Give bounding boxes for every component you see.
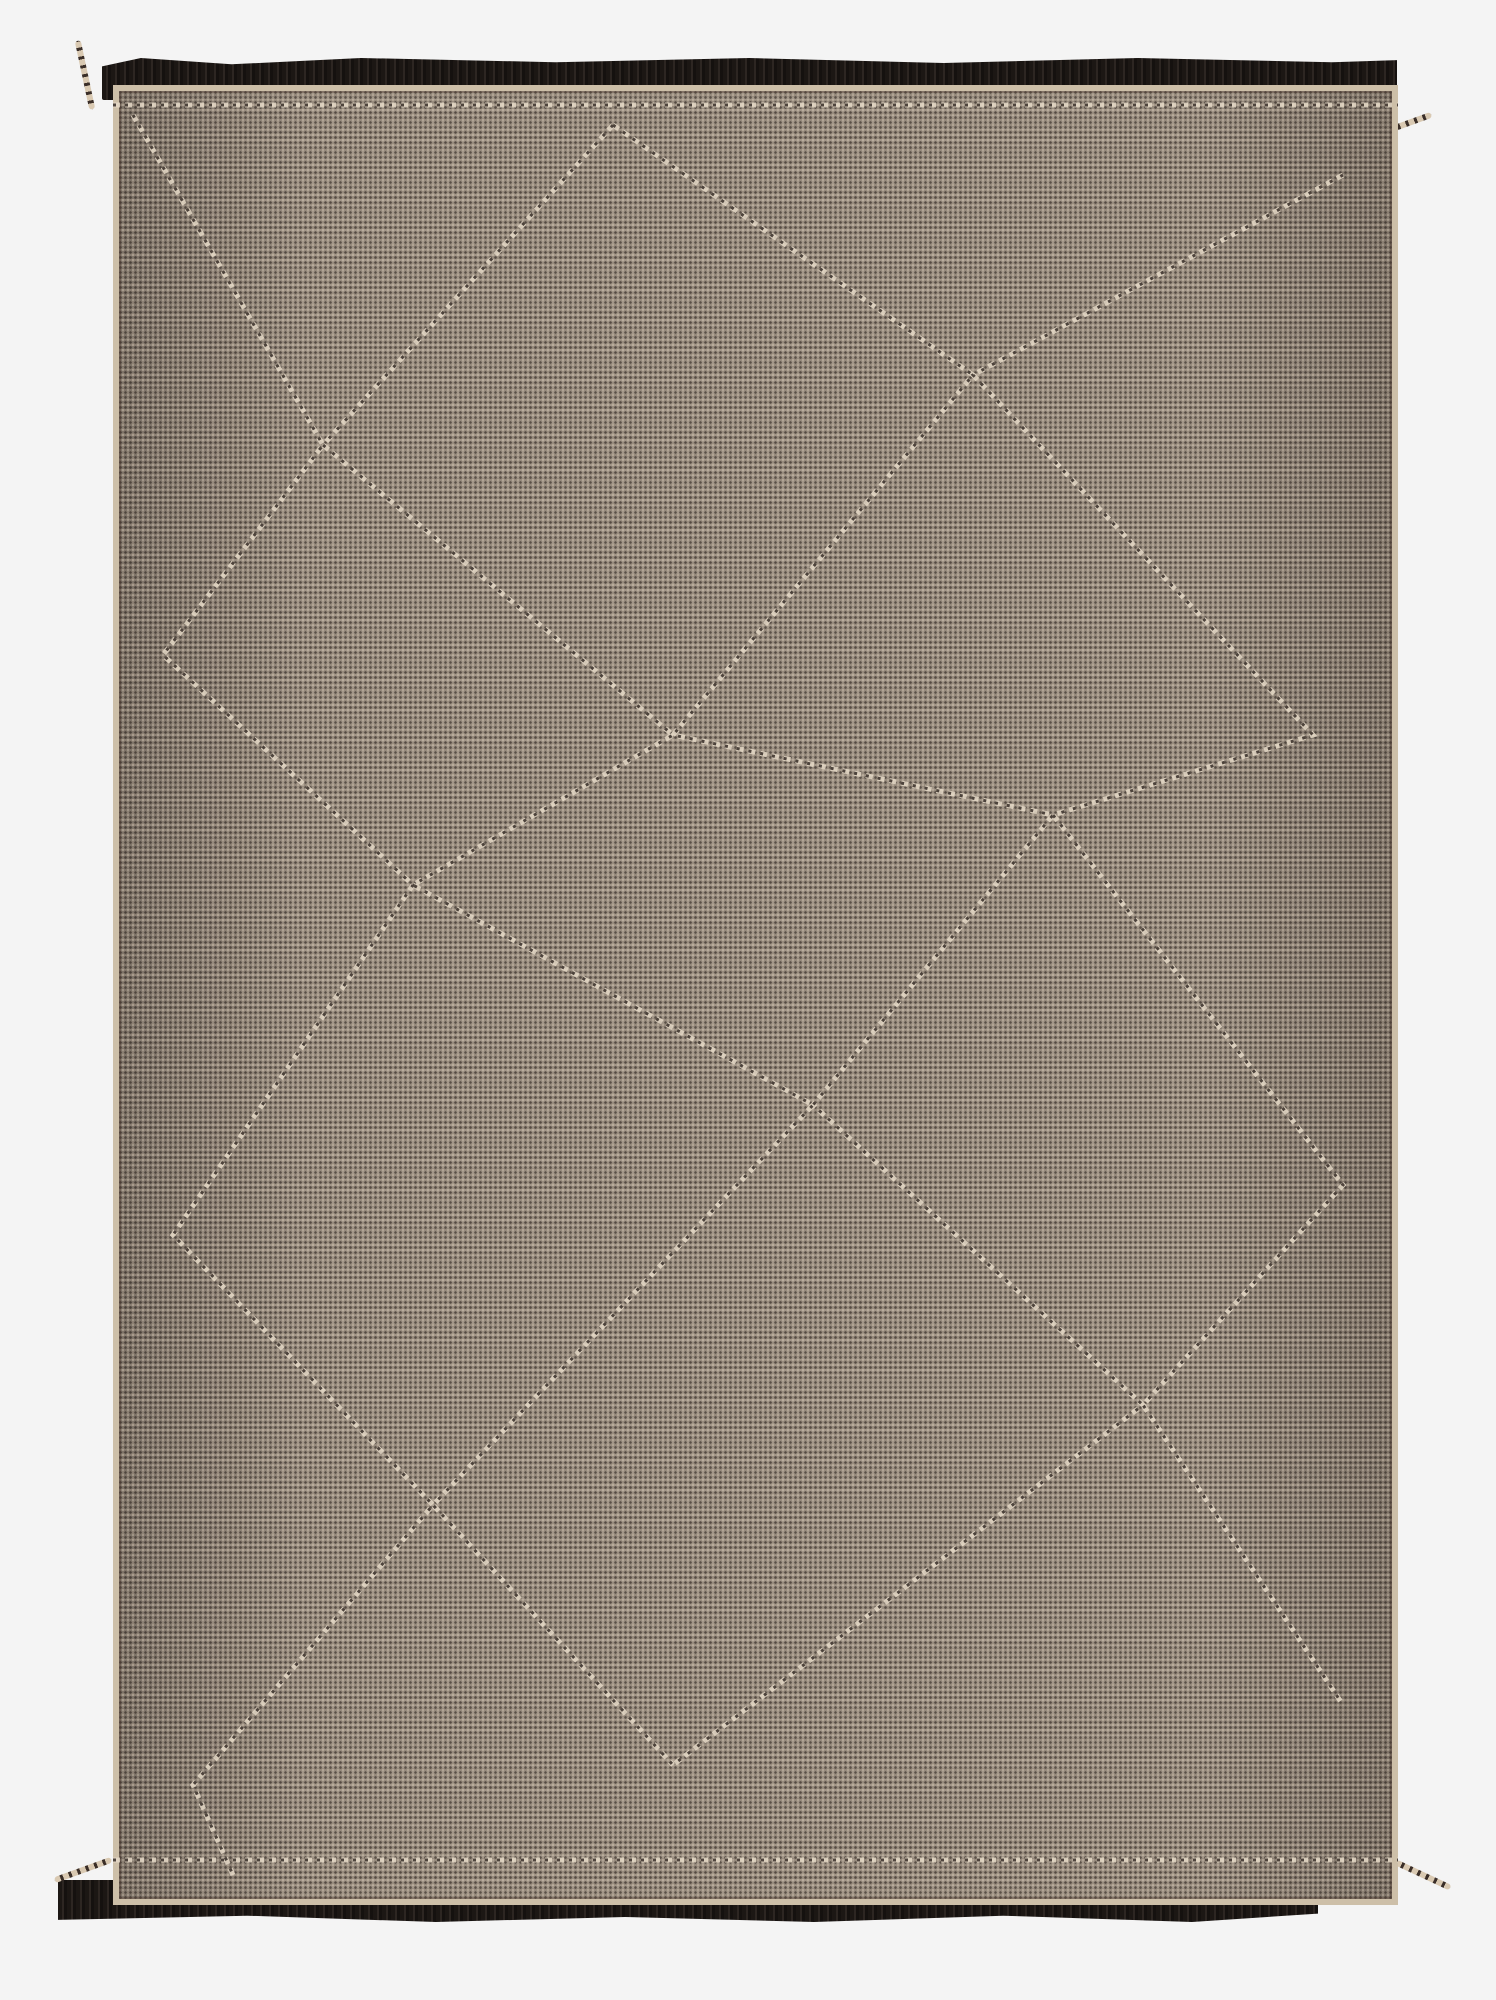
corner-tassel-top-left bbox=[75, 40, 95, 110]
corner-tassel-bottom-left bbox=[54, 1857, 112, 1883]
diamond-lattice-pattern bbox=[113, 85, 1398, 1905]
corner-tassel-bottom-right bbox=[1395, 1860, 1452, 1891]
